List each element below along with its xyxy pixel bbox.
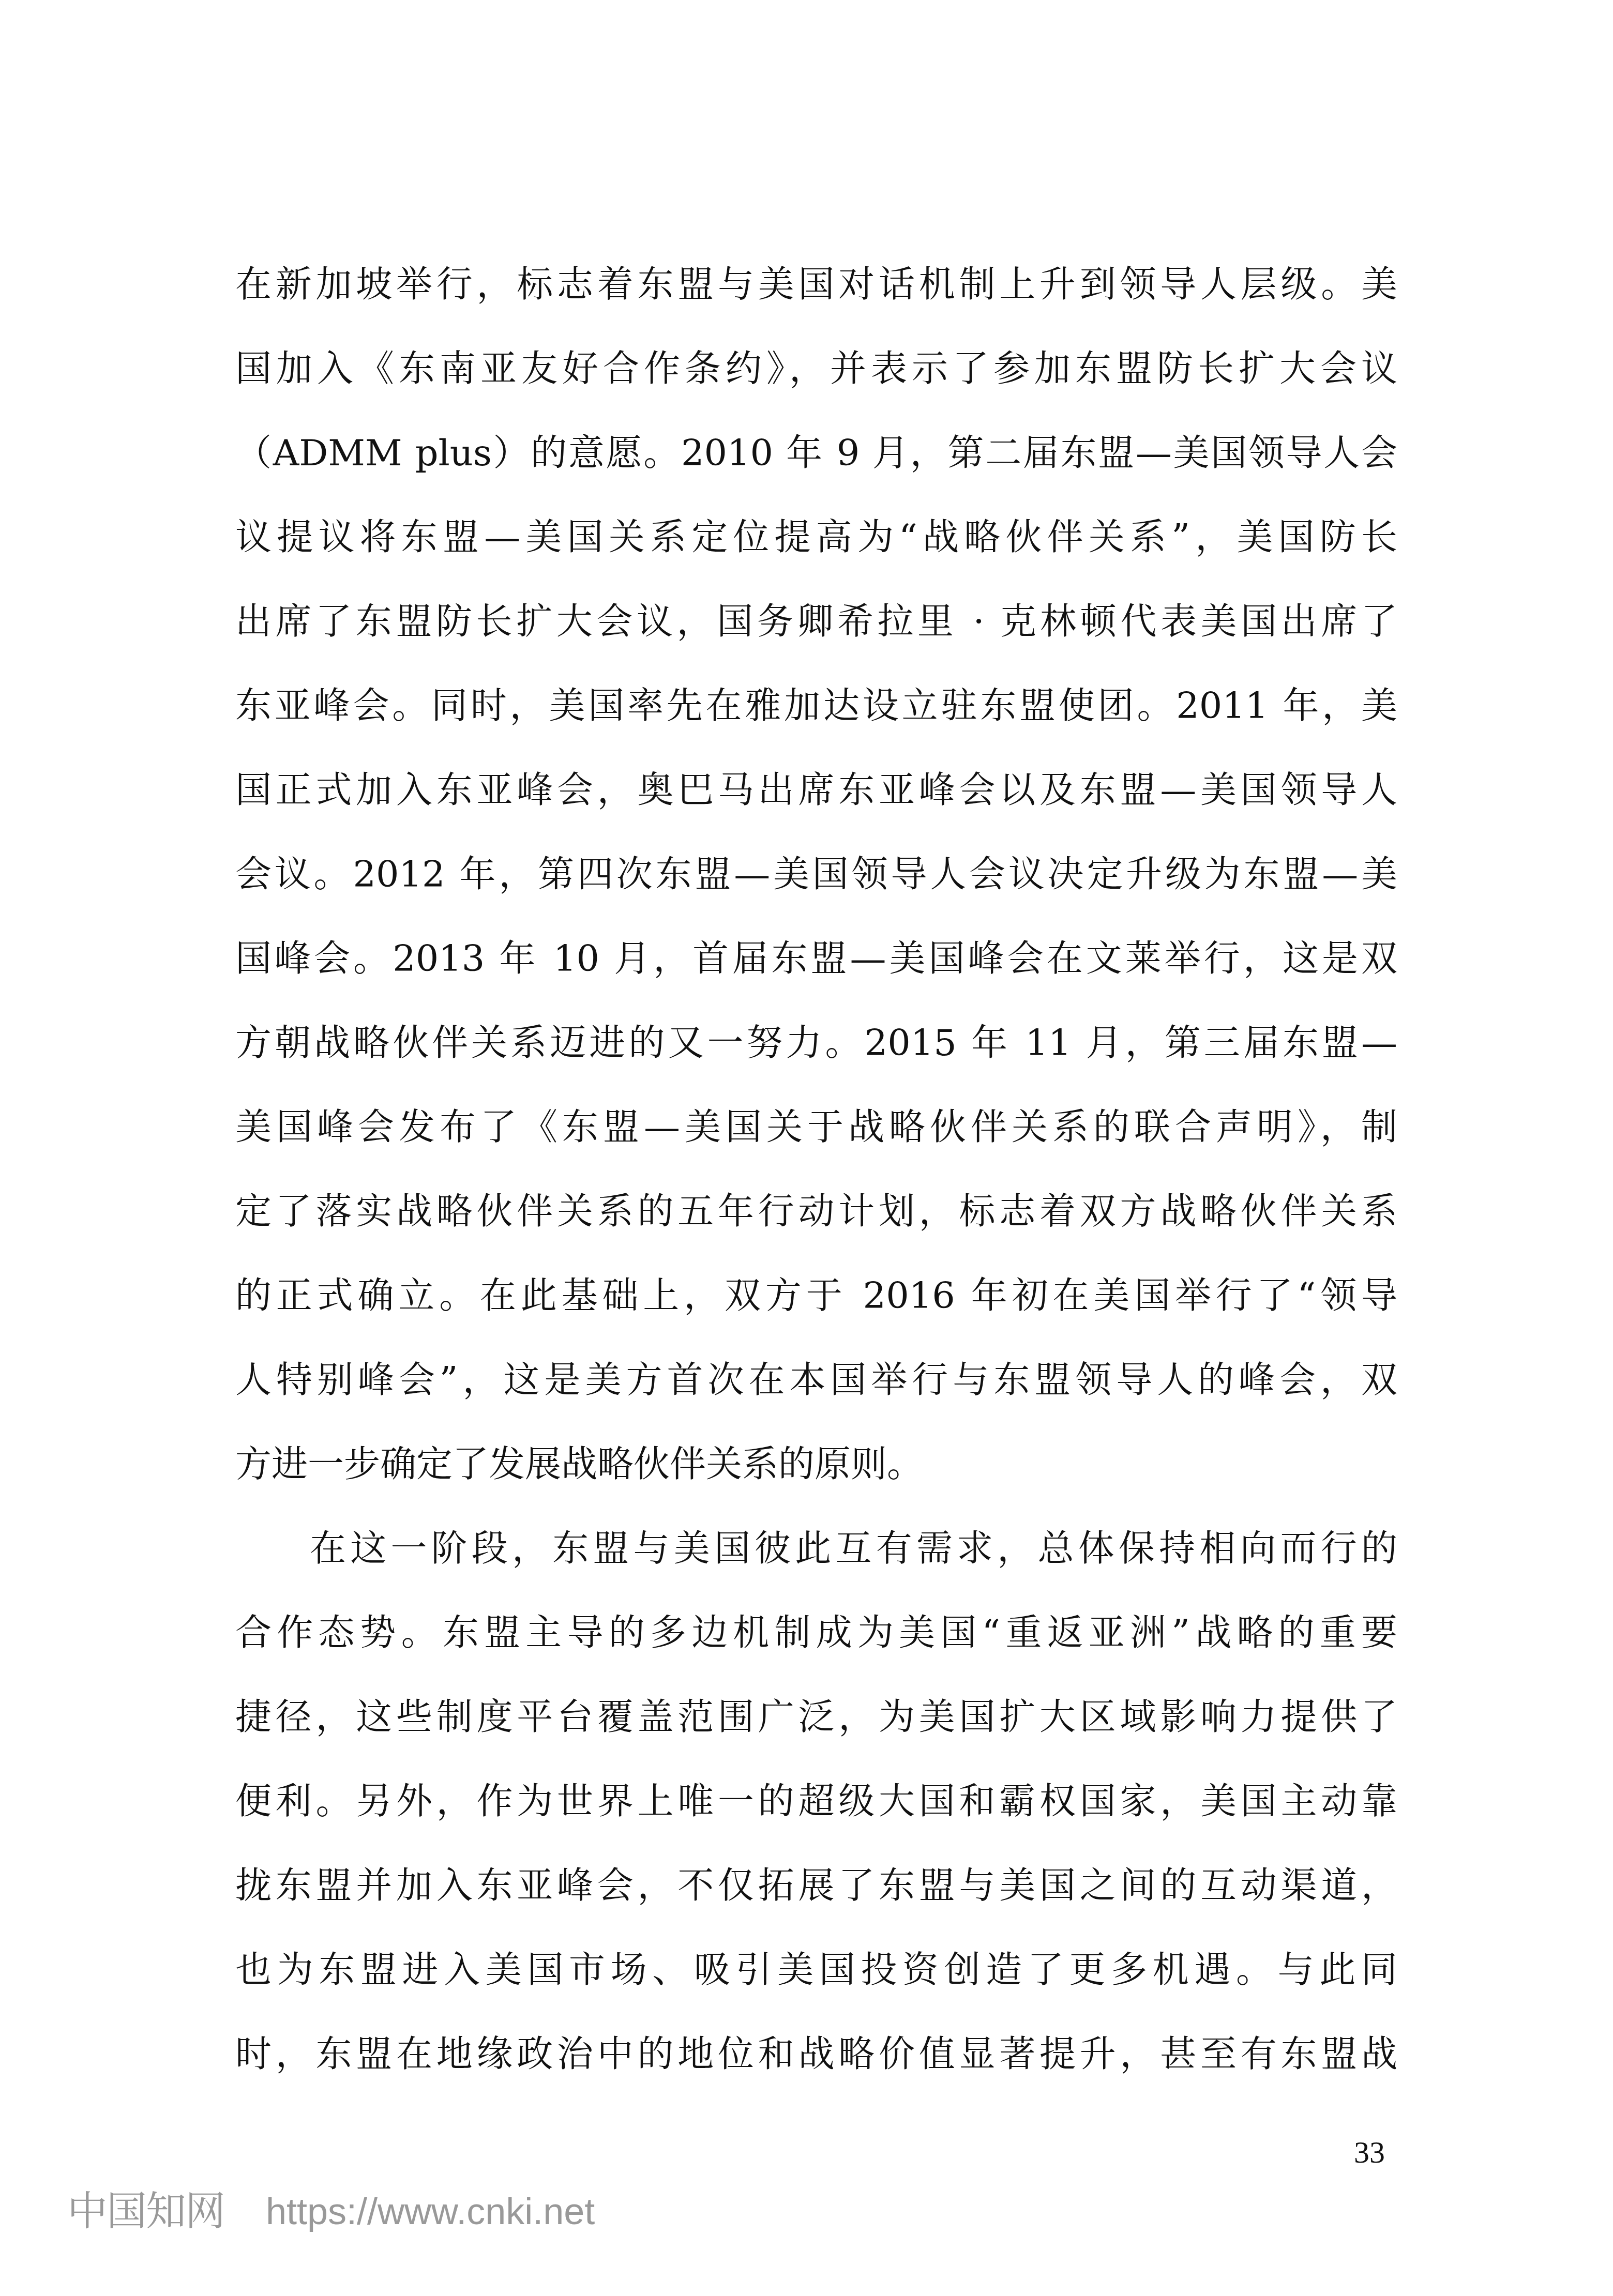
paragraph-2: 在这一阶段，东盟与美国彼此互有需求，总体保持相向而行的 合作态势。东盟主导的多边… <box>235 1523 1397 2112</box>
text-line: 方朝战略伙伴关系迈进的又一努力。2015 年 11 月，第三届东盟— <box>235 1017 1397 1101</box>
text-line: 国正式加入东亚峰会，奥巴马出席东亚峰会以及东盟—美国领导人 <box>235 764 1397 848</box>
text-line: 议提议将东盟—美国关系定位提高为“战略伙伴关系”，美国防长 <box>235 511 1397 596</box>
text-line: 便利。另外，作为世界上唯一的超级大国和霸权国家，美国主动靠 <box>235 1775 1397 1860</box>
cnki-logo-text: 中国知网 <box>67 2186 224 2238</box>
text-line: 方进一步确定了发展战略伙伴关系的原则。 <box>235 1438 1397 1523</box>
body-text: 在新加坡举行，标志着东盟与美国对话机制上升到领导人层级。美 国加入《东南亚友好合… <box>235 259 1397 2112</box>
text-line: 在这一阶段，东盟与美国彼此互有需求，总体保持相向而行的 <box>235 1523 1397 1607</box>
page-number: 33 <box>1354 2134 1385 2170</box>
text-line: 的正式确立。在此基础上，双方于 2016 年初在美国举行了“领导 <box>235 1270 1397 1354</box>
text-line: 拢东盟并加入东亚峰会，不仅拓展了东盟与美国之间的互动渠道， <box>235 1860 1397 1944</box>
text-line: 在新加坡举行，标志着东盟与美国对话机制上升到领导人层级。美 <box>235 259 1397 343</box>
text-line: 出席了东盟防长扩大会议，国务卿希拉里 · 克林顿代表美国出席了 <box>235 596 1397 680</box>
text-line: 时，东盟在地缘政治中的地位和战略价值显著提升，甚至有东盟战 <box>235 2028 1397 2112</box>
text-line: 捷径，这些制度平台覆盖范围广泛，为美国扩大区域影响力提供了 <box>235 1691 1397 1775</box>
cnki-watermark: 中国知网 https://www.cnki.net <box>67 2186 595 2238</box>
document-page: 在新加坡举行，标志着东盟与美国对话机制上升到领导人层级。美 国加入《东南亚友好合… <box>0 0 1613 2296</box>
text-line: 东亚峰会。同时，美国率先在雅加达设立驻东盟使团。2011 年，美 <box>235 680 1397 764</box>
paragraph-1: 在新加坡举行，标志着东盟与美国对话机制上升到领导人层级。美 国加入《东南亚友好合… <box>235 259 1397 1523</box>
text-line: （ADMM plus）的意愿。2010 年 9 月，第二届东盟—美国领导人会 <box>235 427 1397 511</box>
text-line: 人特别峰会”，这是美方首次在本国举行与东盟领导人的峰会，双 <box>235 1354 1397 1438</box>
text-line: 定了落实战略伙伴关系的五年行动计划，标志着双方战略伙伴关系 <box>235 1185 1397 1270</box>
text-line: 也为东盟进入美国市场、吸引美国投资创造了更多机遇。与此同 <box>235 1944 1397 2028</box>
text-line: 会议。2012 年，第四次东盟—美国领导人会议决定升级为东盟—美 <box>235 848 1397 933</box>
cnki-url[interactable]: https://www.cnki.net <box>266 2186 595 2238</box>
text-line: 美国峰会发布了《东盟—美国关于战略伙伴关系的联合声明》，制 <box>235 1101 1397 1185</box>
text-line: 合作态势。东盟主导的多边机制成为美国“重返亚洲”战略的重要 <box>235 1607 1397 1691</box>
text-line: 国加入《东南亚友好合作条约》，并表示了参加东盟防长扩大会议 <box>235 343 1397 427</box>
text-line: 国峰会。2013 年 10 月，首届东盟—美国峰会在文莱举行，这是双 <box>235 933 1397 1017</box>
